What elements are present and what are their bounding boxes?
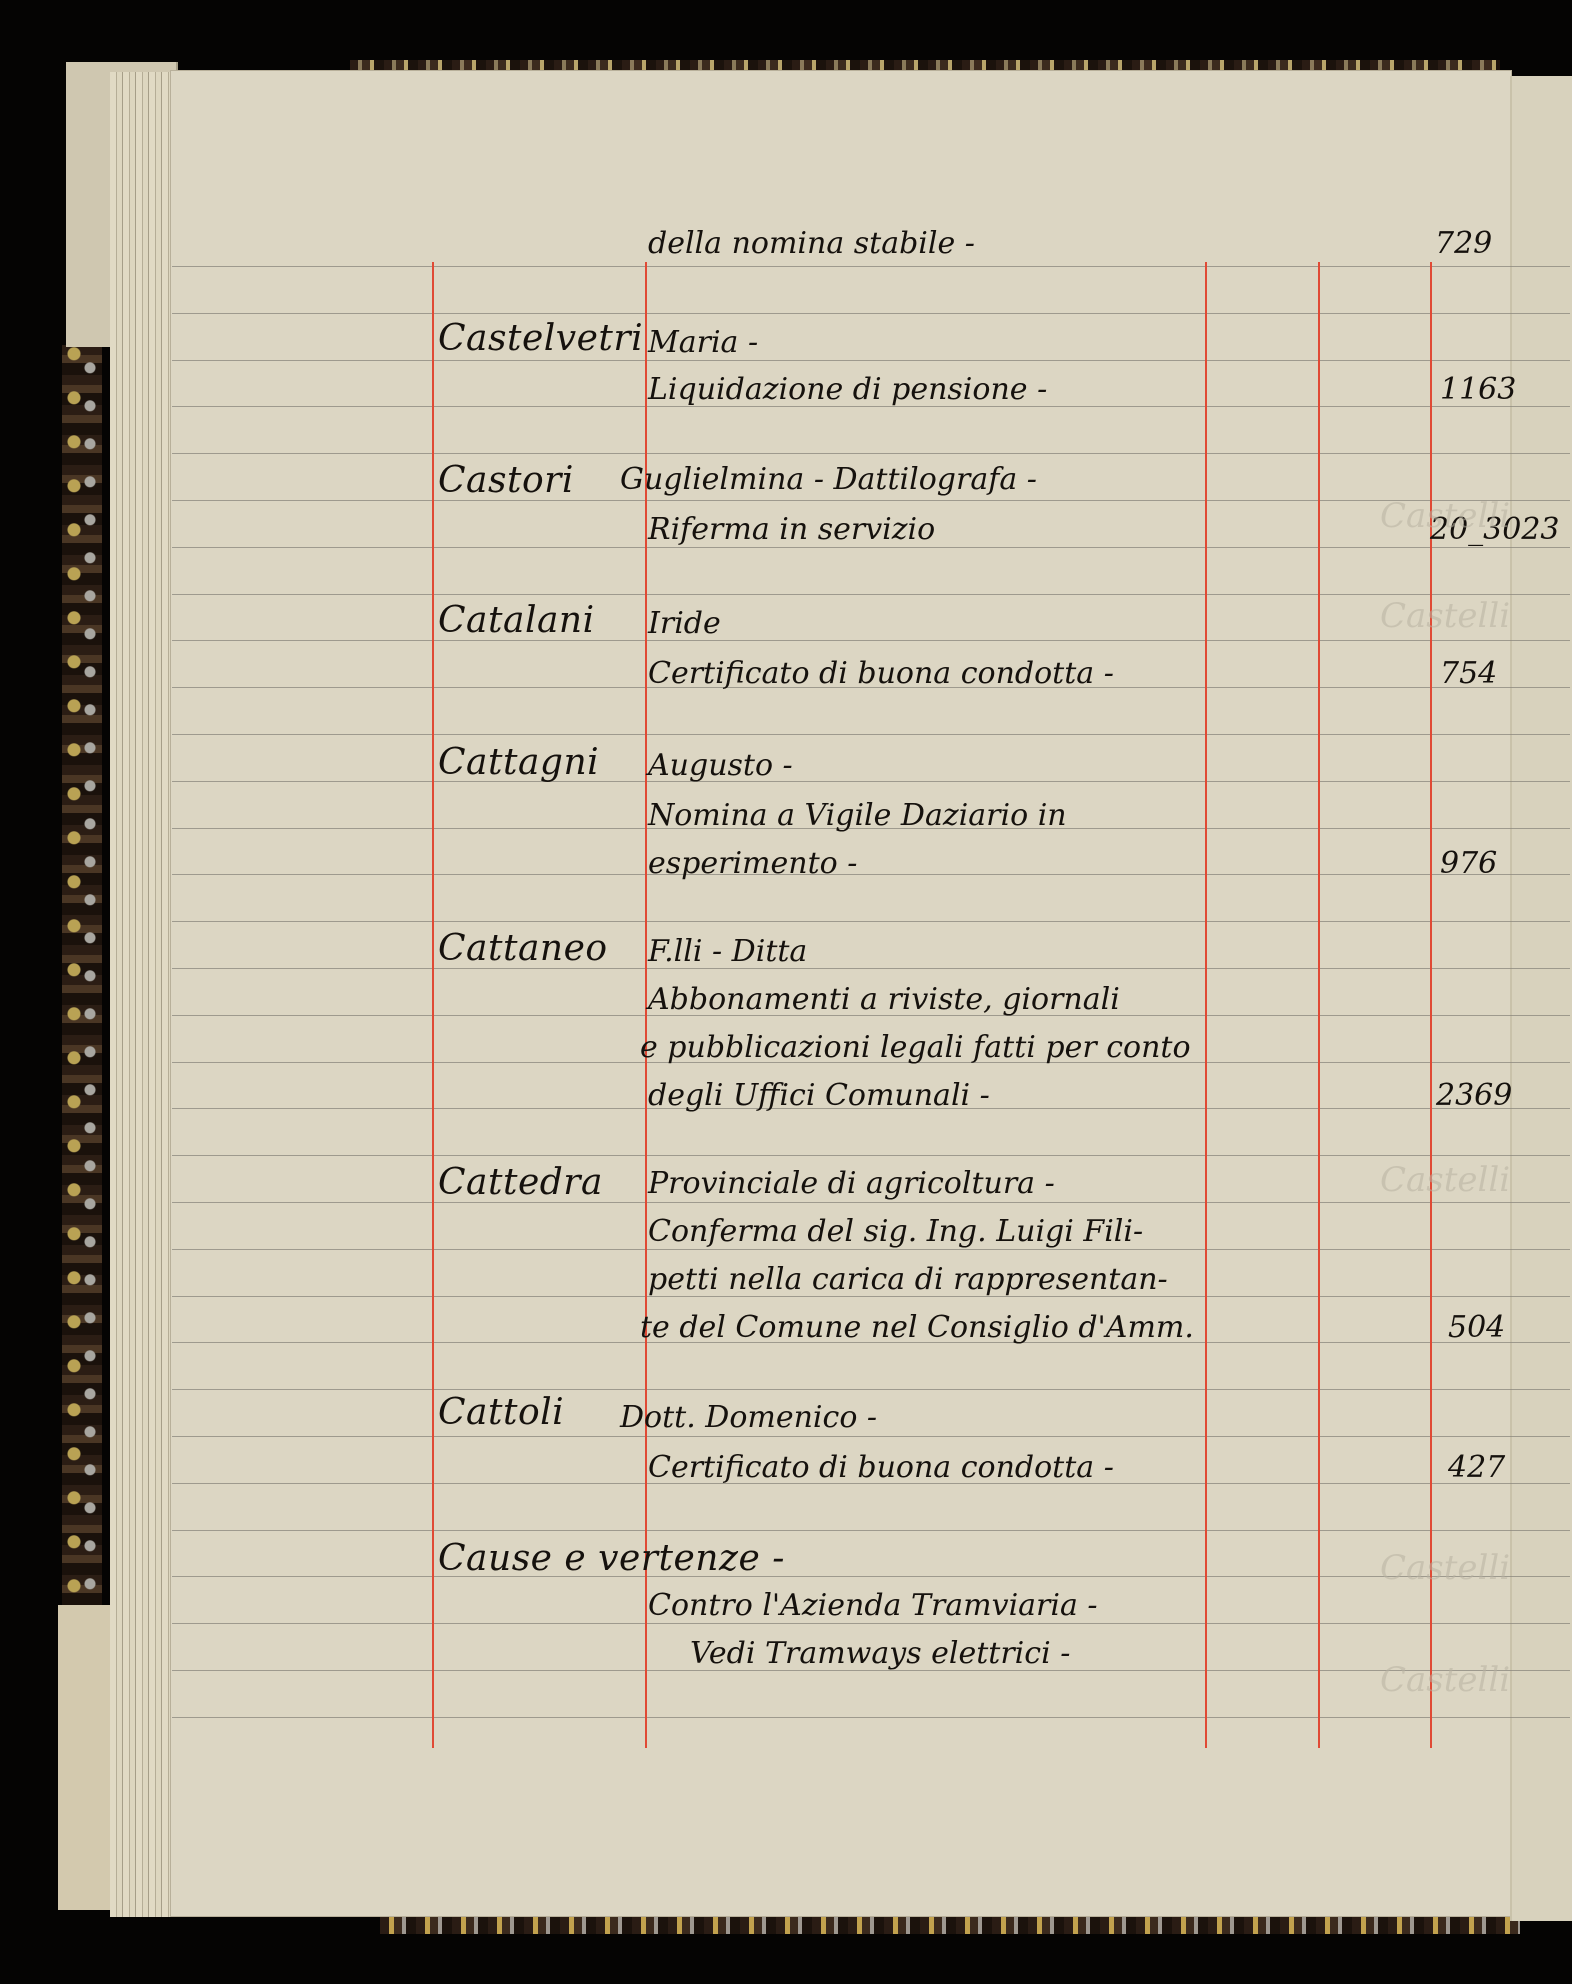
entry-name: Catalani [438, 600, 595, 641]
show-through-text: Castelli [1380, 496, 1510, 536]
page-edges [110, 72, 170, 1917]
entry-line: Maria - [648, 325, 758, 360]
entry-line: degli Uffici Comunali - [648, 1078, 990, 1113]
entry-line: te del Comune nel Consiglio d'Amm. [640, 1310, 1194, 1345]
entry-reference: 754 [1440, 656, 1497, 691]
entry-line: petti nella carica di rappresentan- [648, 1262, 1168, 1297]
entry-name: Cattoli [438, 1392, 564, 1433]
entry-line: Vedi Tramways elettrici - [690, 1636, 1070, 1671]
entry-line: Conferma del sig. Ing. Luigi Fili- [648, 1214, 1143, 1249]
ruled-line [172, 968, 1570, 969]
entry-reference: 1163 [1440, 372, 1516, 407]
column-rule [1318, 262, 1320, 1748]
show-through-text: Castelli [1380, 1660, 1510, 1700]
ruled-line [172, 781, 1570, 782]
ruled-line [172, 734, 1570, 735]
entry-line: e pubblicazioni legali fatti per conto [640, 1030, 1191, 1065]
ruled-line [172, 1155, 1570, 1156]
entry-name: Cause e vertenze - [438, 1538, 785, 1579]
entry-line: Certificato di buona condotta - [648, 1450, 1114, 1485]
show-through-text: Castelli [1380, 1160, 1510, 1200]
continuation-reference: 729 [1435, 226, 1492, 261]
entry-line: Liquidazione di pensione - [648, 372, 1047, 407]
entry-line: esperimento - [648, 846, 857, 881]
facing-page-edge [1510, 76, 1572, 1921]
entry-line: Nomina a Vigile Daziario in [648, 798, 1067, 833]
ruled-line [172, 453, 1570, 454]
ruled-line [172, 1717, 1570, 1718]
ruled-line [172, 1389, 1570, 1390]
entry-line: Iride [648, 606, 721, 641]
entry-line: Contro l'Azienda Tramviaria - [648, 1588, 1098, 1623]
ruled-line [172, 1623, 1570, 1624]
entry-line: Abbonamenti a riviste, giornali [648, 982, 1120, 1017]
scan-background: della nomina stabile - 729 Castelvetri M… [0, 0, 1572, 1984]
ruled-line [172, 1249, 1570, 1250]
entry-line: Provinciale di agricoltura - [648, 1166, 1055, 1201]
entry-line: Dott. Domenico - [620, 1400, 877, 1435]
ruled-line [172, 640, 1570, 641]
ruled-line [172, 1436, 1570, 1437]
ruled-line [172, 1202, 1570, 1203]
entry-reference: 2369 [1436, 1078, 1512, 1113]
marbled-cover-left [62, 345, 102, 1605]
entry-reference: 427 [1448, 1450, 1505, 1485]
ruled-line [172, 1576, 1570, 1577]
entry-line: Certificato di buona condotta - [648, 656, 1114, 691]
entry-name: Castori [438, 460, 574, 501]
ruled-line [172, 547, 1570, 548]
ruled-line [172, 594, 1570, 595]
column-rule [432, 262, 434, 1748]
show-through-text: Castelli [1380, 596, 1510, 636]
entry-name: Cattagni [438, 742, 599, 783]
entry-reference: 504 [1448, 1310, 1505, 1345]
ruled-line [172, 313, 1570, 314]
ruled-line [172, 874, 1570, 875]
entry-name: Castelvetri [438, 318, 643, 359]
column-rule [1430, 262, 1432, 1748]
ruled-line [172, 1530, 1570, 1531]
ruled-line [172, 266, 1570, 267]
ruled-line [172, 921, 1570, 922]
entry-line: Guglielmina - Dattilografa - [620, 462, 1037, 497]
ruled-line [172, 500, 1570, 501]
entry-reference: 976 [1440, 846, 1497, 881]
entry-line: F.lli - Ditta [648, 934, 807, 969]
continuation-description: della nomina stabile - [648, 226, 975, 261]
show-through-text: Castelli [1380, 1548, 1510, 1588]
entry-line: Augusto - [648, 748, 793, 783]
entry-line: Riferma in servizio [648, 512, 935, 547]
ruled-line [172, 360, 1570, 361]
column-rule [1205, 262, 1207, 1748]
entry-name: Cattaneo [438, 928, 608, 969]
entry-name: Cattedra [438, 1162, 603, 1203]
